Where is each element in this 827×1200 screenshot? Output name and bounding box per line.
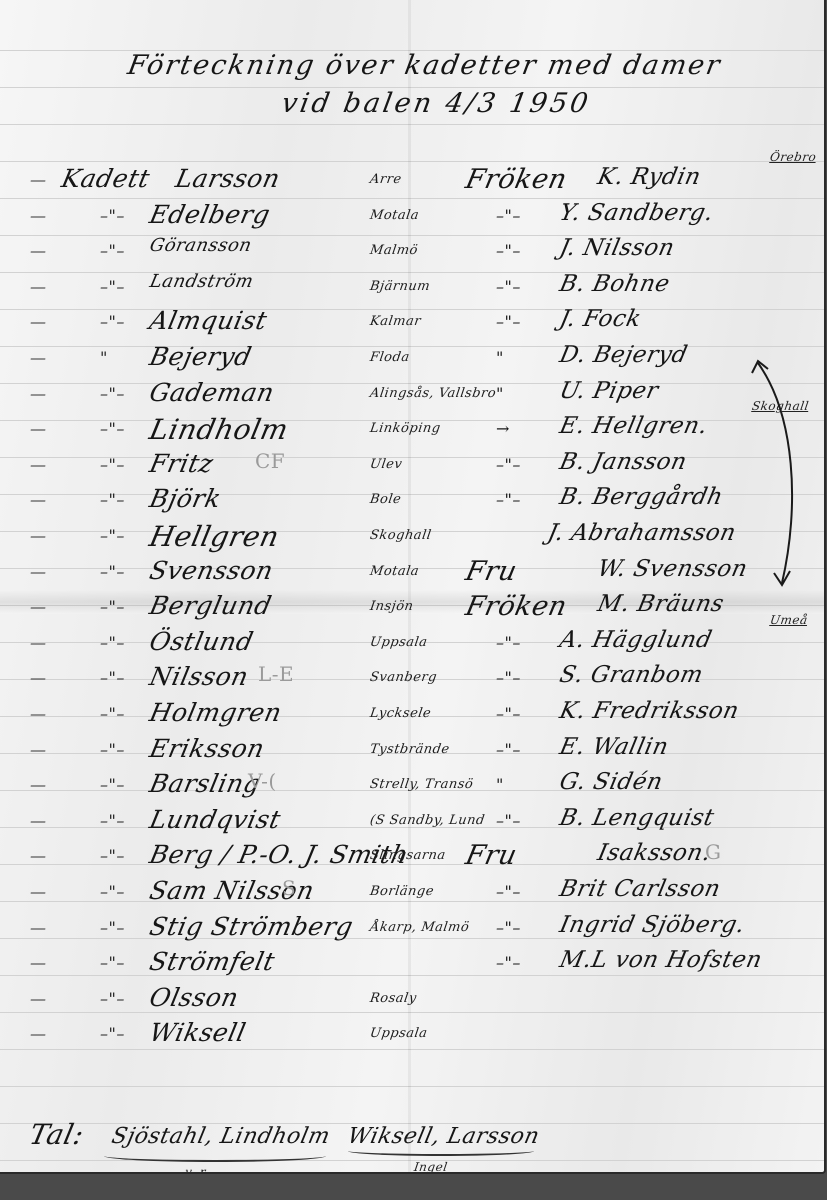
pencil-annotation: L-E bbox=[258, 662, 294, 686]
document-subtitle: vid balen 4/3 1950 bbox=[279, 88, 593, 119]
row-marker: — bbox=[30, 455, 47, 474]
hometown: Floda bbox=[369, 350, 411, 365]
row-marker: — bbox=[30, 277, 47, 296]
cadet-name: Wiksell bbox=[147, 1018, 249, 1047]
cadet-ditto-mark: –"– bbox=[100, 811, 125, 830]
lady-name: G. Sidén bbox=[557, 769, 665, 795]
cadet-ditto-mark: –"– bbox=[100, 1024, 125, 1043]
lady-name: E. Hellgren. bbox=[557, 413, 710, 439]
hometown: Linköping bbox=[369, 421, 442, 436]
handwritten-document-page: Förteckning över kadetter med damer vid … bbox=[0, 0, 826, 1174]
cadet-ditto-mark: –"– bbox=[100, 704, 125, 723]
cadet-name: Hellgren bbox=[146, 520, 282, 553]
lady-name: Ingrid Sjöberg. bbox=[557, 912, 747, 938]
cadet-ditto-mark: –"– bbox=[100, 526, 125, 545]
lady-hometown-note: Örebro bbox=[769, 150, 817, 164]
cadet-ditto-mark: –"– bbox=[100, 455, 125, 474]
cadet-ditto-mark: –"– bbox=[100, 562, 125, 581]
cadet-name: Barsling bbox=[147, 769, 263, 798]
row-marker: — bbox=[30, 846, 47, 865]
cadet-ditto-mark: –"– bbox=[100, 597, 125, 616]
lady-ditto-mark: → bbox=[496, 419, 510, 438]
lady-name: S. Granbom bbox=[557, 662, 705, 688]
hometown: Insjön bbox=[369, 599, 415, 614]
cadet-name: Olsson bbox=[147, 983, 241, 1012]
lady-name: A. Hägglund bbox=[557, 627, 714, 653]
lady-ditto-mark: –"– bbox=[496, 206, 521, 225]
hometown: Slingsarna bbox=[369, 848, 447, 863]
lady-name: M. Bräuns bbox=[595, 591, 726, 617]
cadet-ditto-mark: –"– bbox=[100, 490, 125, 509]
lady-prefix: Fröken bbox=[463, 591, 570, 622]
pencil-annotation: V-( bbox=[248, 769, 277, 793]
hometown: Svanberg bbox=[369, 670, 438, 685]
cadet-name: Fritz bbox=[147, 449, 216, 478]
lady-ditto-mark: –"– bbox=[496, 953, 521, 972]
lady-ditto-mark: " bbox=[496, 384, 504, 403]
lady-name: B. Jansson bbox=[557, 449, 689, 475]
row-marker: — bbox=[30, 597, 47, 616]
lady-name: B. Lengquist bbox=[557, 805, 716, 831]
row-marker: — bbox=[30, 953, 47, 972]
row-marker: — bbox=[30, 170, 47, 189]
row-marker: — bbox=[30, 1024, 47, 1043]
cadet-ditto-mark: " bbox=[100, 348, 108, 367]
cadet-name: Berglund bbox=[147, 591, 274, 620]
cadet-ditto-mark: –"– bbox=[100, 740, 125, 759]
footer-note-1: v.-r bbox=[184, 1165, 207, 1174]
lady-name: B. Berggårdh bbox=[557, 484, 725, 510]
row-marker: — bbox=[30, 562, 47, 581]
cadet-name: Edelberg bbox=[147, 200, 273, 229]
footer-speakers-group-1: Sjöstahl, Lindholm bbox=[109, 1124, 332, 1149]
cadet-name: Björk bbox=[147, 484, 224, 513]
cadet-ditto-mark: –"– bbox=[100, 633, 125, 652]
cadet-ditto-mark: –"– bbox=[100, 882, 125, 901]
cadet-ditto-mark: –"– bbox=[100, 846, 125, 865]
cadet-name: Almquist bbox=[147, 306, 270, 335]
lady-ditto-mark: –"– bbox=[496, 918, 521, 937]
lady-prefix: Fröken bbox=[463, 164, 570, 195]
hometown: (S Sandby, Lund bbox=[369, 813, 486, 828]
cadet-prefix: Kadett bbox=[59, 164, 153, 193]
lady-ditto-mark: –"– bbox=[496, 490, 521, 509]
hometown: Borlänge bbox=[369, 884, 435, 899]
lady-name: B. Bohne bbox=[557, 271, 672, 297]
row-marker: — bbox=[30, 918, 47, 937]
lady-name: J. Fock bbox=[557, 306, 643, 332]
lady-ditto-mark: –"– bbox=[496, 740, 521, 759]
hometown: Rosaly bbox=[369, 991, 418, 1006]
row-marker: — bbox=[30, 419, 47, 438]
document-title: Förteckning över kadetter med damer bbox=[125, 50, 724, 81]
footer-label: Tal: bbox=[26, 1118, 87, 1151]
cadet-name: Holmgren bbox=[147, 698, 285, 727]
cadet-ditto-mark: –"– bbox=[100, 206, 125, 225]
footer-note-2: Ingel bbox=[413, 1160, 449, 1174]
row-marker: — bbox=[30, 206, 47, 225]
cadet-name: Gademan bbox=[147, 378, 277, 407]
lady-name: J. Nilsson bbox=[557, 235, 677, 261]
hometown: Uppsala bbox=[369, 1026, 429, 1041]
cadet-ditto-mark: –"– bbox=[100, 918, 125, 937]
hometown: Bole bbox=[369, 492, 402, 507]
row-marker: — bbox=[30, 348, 47, 367]
lady-ditto-mark: –"– bbox=[496, 277, 521, 296]
row-marker: — bbox=[30, 811, 47, 830]
cadet-name: Lundqvist bbox=[147, 805, 283, 834]
cadet-ditto-mark: –"– bbox=[100, 384, 125, 403]
lady-name: Isaksson. bbox=[595, 840, 713, 866]
hometown: Arre bbox=[369, 172, 403, 187]
lady-ditto-mark: –"– bbox=[496, 312, 521, 331]
lady-name: K. Fredriksson bbox=[557, 698, 741, 724]
lady-ditto-mark: –"– bbox=[496, 668, 521, 687]
row-marker: — bbox=[30, 704, 47, 723]
cadet-ditto-mark: –"– bbox=[100, 419, 125, 438]
lady-name: Y. Sandberg. bbox=[557, 200, 716, 226]
lady-name: J. Abrahamsson bbox=[545, 520, 738, 546]
lady-ditto-mark: –"– bbox=[496, 811, 521, 830]
cadet-ditto-mark: –"– bbox=[100, 312, 125, 331]
row-marker: — bbox=[30, 668, 47, 687]
cadet-name: Svensson bbox=[147, 556, 276, 585]
footer-underline-1 bbox=[104, 1150, 326, 1162]
lady-ditto-mark: –"– bbox=[496, 882, 521, 901]
row-marker: — bbox=[30, 526, 47, 545]
pencil-annotation: S bbox=[282, 876, 296, 900]
lady-name: K. Rydin bbox=[595, 164, 703, 190]
row-marker: — bbox=[30, 989, 47, 1008]
row-marker: — bbox=[30, 633, 47, 652]
lady-prefix: Fru bbox=[463, 840, 520, 871]
hometown: Uppsala bbox=[369, 635, 429, 650]
hometown: Motala bbox=[369, 208, 420, 223]
pencil-annotation: CF bbox=[255, 449, 285, 473]
row-marker: — bbox=[30, 775, 47, 794]
lady-ditto-mark: " bbox=[496, 348, 504, 367]
cadet-name: Landström bbox=[148, 271, 256, 292]
hometown: Malmö bbox=[369, 243, 419, 258]
lady-ditto-mark: –"– bbox=[496, 455, 521, 474]
cadet-ditto-mark: –"– bbox=[100, 775, 125, 794]
row-marker: — bbox=[30, 740, 47, 759]
cadet-name: Larsson bbox=[173, 164, 283, 193]
cadet-name: Strömfelt bbox=[147, 947, 278, 976]
lady-name: W. Svensson bbox=[595, 556, 750, 582]
hometown: Lycksele bbox=[369, 706, 432, 721]
lady-ditto-mark: –"– bbox=[496, 633, 521, 652]
hometown: Bjärnum bbox=[369, 279, 431, 294]
cadet-name: Lindholm bbox=[146, 413, 291, 446]
lady-name: U. Piper bbox=[557, 378, 661, 404]
lady-hometown-note: Umeå bbox=[769, 613, 809, 627]
lady-ditto-mark: –"– bbox=[496, 241, 521, 260]
hometown: Motala bbox=[369, 564, 420, 579]
cadet-ditto-mark: –"– bbox=[100, 668, 125, 687]
row-marker: — bbox=[30, 882, 47, 901]
hometown: Tystbrände bbox=[369, 742, 451, 757]
hometown: Kalmar bbox=[369, 314, 422, 329]
lady-prefix: Fru bbox=[463, 556, 520, 587]
cadet-ditto-mark: –"– bbox=[100, 953, 125, 972]
hometown: Skoghall bbox=[369, 528, 432, 543]
row-marker: — bbox=[30, 241, 47, 260]
lady-name: D. Bejeryd bbox=[557, 342, 690, 368]
pencil-annotation: G bbox=[705, 840, 721, 864]
cadet-name: Göransson bbox=[148, 235, 254, 256]
lady-name: E. Wallin bbox=[557, 734, 671, 760]
cadet-ditto-mark: –"– bbox=[100, 241, 125, 260]
footer-underline-2 bbox=[348, 1146, 534, 1156]
row-marker: — bbox=[30, 384, 47, 403]
lady-ditto-mark: " bbox=[496, 775, 504, 794]
cadet-ditto-mark: –"– bbox=[100, 989, 125, 1008]
cadet-ditto-mark: –"– bbox=[100, 277, 125, 296]
hometown: Alingsås, Vallsbro bbox=[369, 386, 497, 401]
hometown: Åkarp, Malmö bbox=[369, 920, 470, 935]
hometown: Ulev bbox=[369, 457, 403, 472]
lady-ditto-mark: –"– bbox=[496, 704, 521, 723]
lady-name: M.L von Hofsten bbox=[557, 947, 764, 973]
row-marker: — bbox=[30, 490, 47, 509]
row-marker: — bbox=[30, 312, 47, 331]
cadet-name: Nilsson bbox=[147, 662, 251, 691]
double-arrow-icon bbox=[740, 355, 810, 595]
cadet-name: Stig Strömberg bbox=[147, 912, 356, 941]
hometown: Strelly, Transö bbox=[369, 777, 474, 792]
cadet-name: Eriksson bbox=[147, 734, 267, 763]
cadet-name: Östlund bbox=[147, 627, 256, 656]
lady-name: Brit Carlsson bbox=[557, 876, 723, 902]
cadet-name: Bejeryd bbox=[147, 342, 254, 371]
